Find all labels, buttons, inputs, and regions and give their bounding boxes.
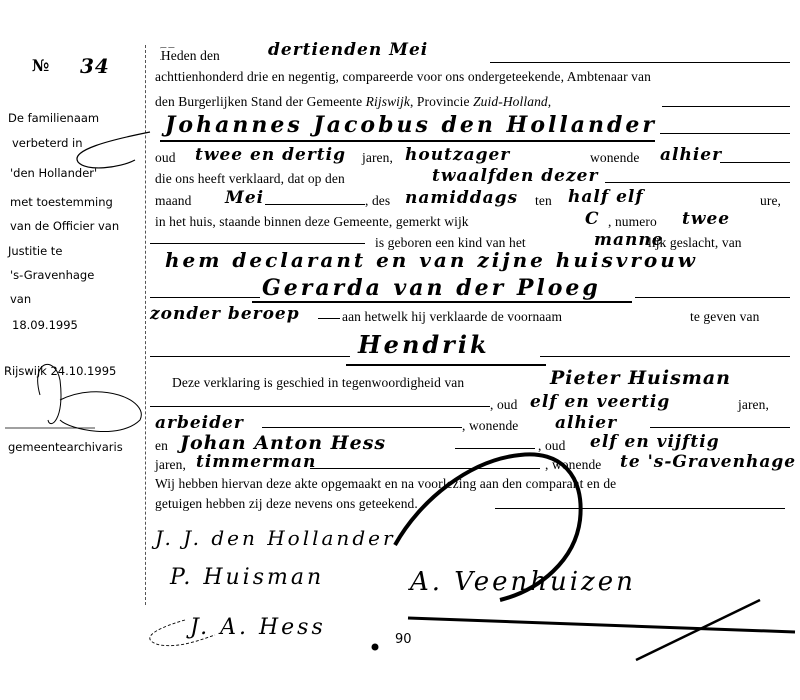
margin-curl-stroke [77, 132, 150, 168]
pen-strokes [0, 0, 800, 700]
margin-signature-stroke [38, 364, 142, 431]
official-underline-stroke [408, 618, 795, 632]
corner-flourish-stroke [150, 620, 215, 646]
footer-dot [372, 644, 379, 651]
large-loop-stroke [395, 454, 581, 600]
